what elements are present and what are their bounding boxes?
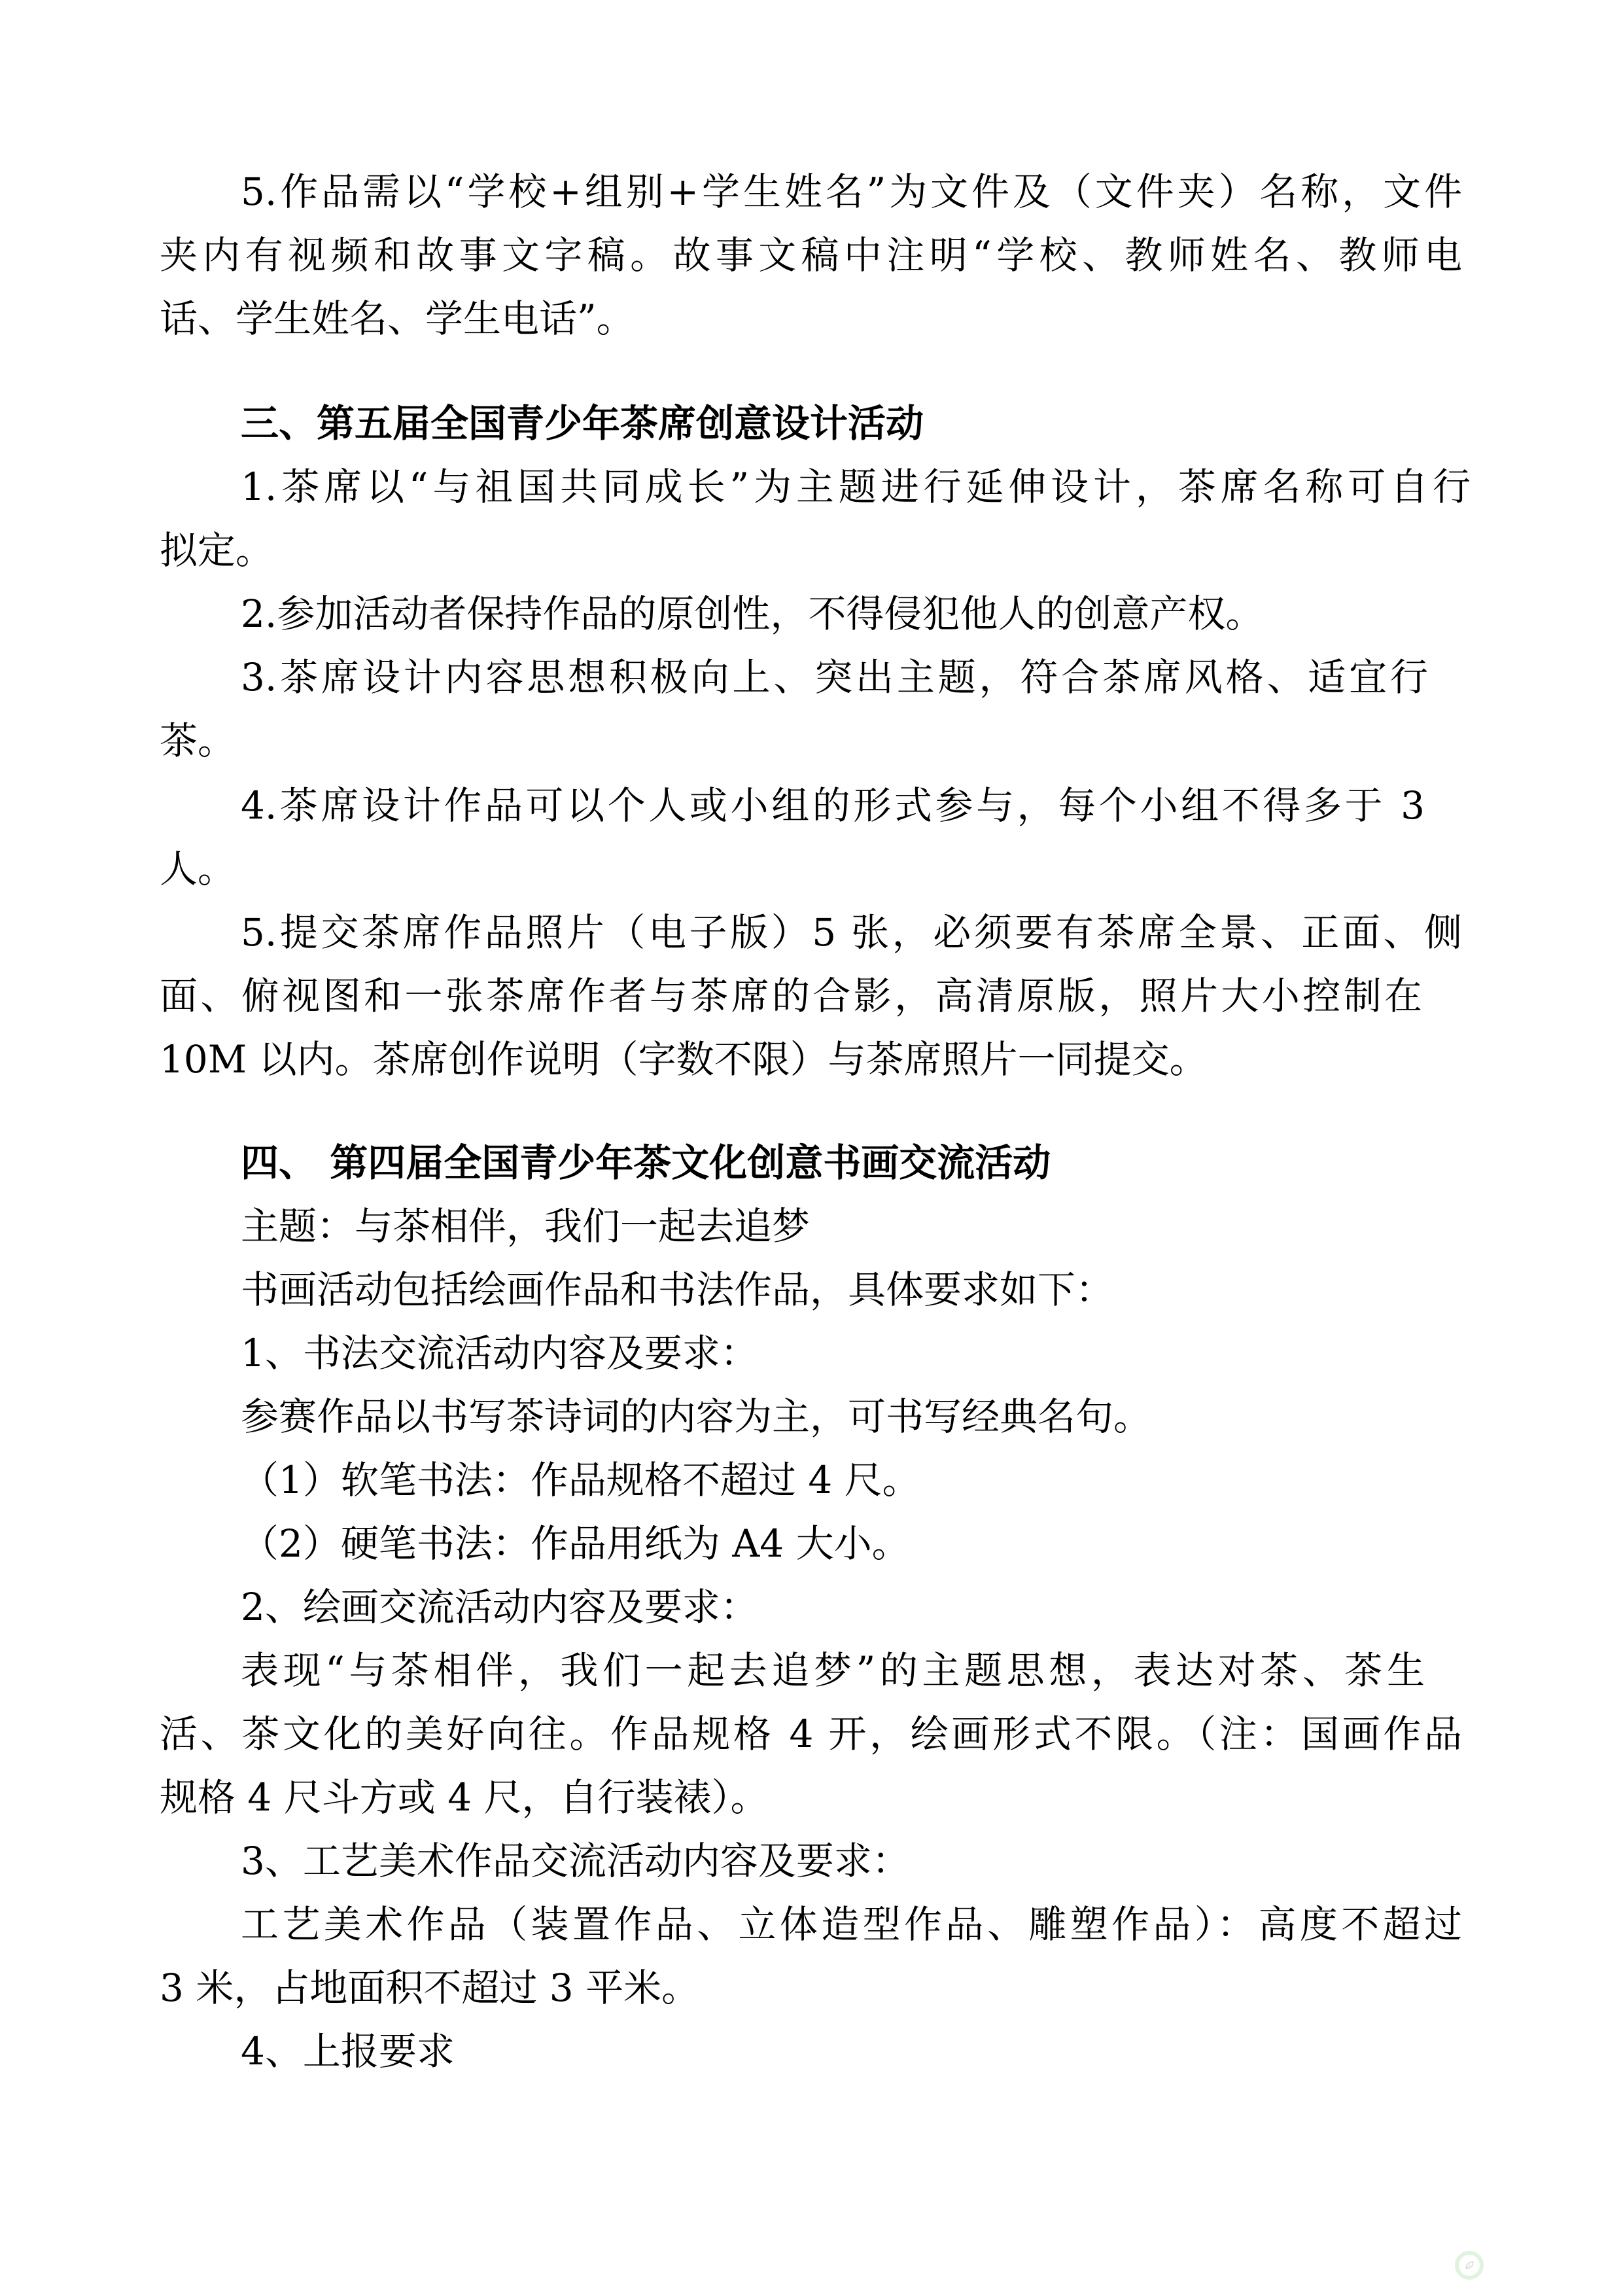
paragraph-line: 人。 — [160, 846, 236, 892]
section-heading: 三、第五届全国青少年茶席创意设计活动 — [241, 400, 924, 446]
leaf-icon — [1464, 2260, 1475, 2270]
paragraph-line: 3 米，占地面积不超过 3 平米。 — [160, 1965, 699, 2011]
paragraph-line: 茶。 — [160, 718, 236, 764]
paragraph-line: 活、茶文化的美好向往。作品规格 4 开，绘画形式不限。（注：国画作品 — [160, 1711, 1462, 1757]
paragraph-line: 4.茶席设计作品可以个人或小组的形式参与，每个小组不得多于 3 — [241, 783, 1425, 828]
paragraph-line: 10M 以内。茶席创作说明（字数不限）与茶席照片一同提交。 — [160, 1036, 1208, 1082]
paragraph-line: 2.参加活动者保持作品的原创性，不得侵犯他人的创意产权。 — [241, 591, 1263, 637]
leaf-watermark-icon — [1455, 2251, 1484, 2280]
paragraph-line: （2）硬笔书法：作品用纸为 A4 大小。 — [241, 1521, 910, 1566]
paragraph-line: 书画活动包括绘画作品和书法作品，具体要求如下： — [241, 1267, 1113, 1313]
paragraph-line: 主题：与茶相伴，我们一起去追梦 — [241, 1203, 810, 1249]
paragraph-line: 夹内有视频和故事文字稿。故事文稿中注明“学校、教师姓名、教师电 — [160, 232, 1462, 278]
paragraph-line: 表现“与茶相伴，我们一起去追梦”的主题思想，表达对茶、茶生 — [241, 1648, 1425, 1693]
paragraph-line: 话、学生姓名、学生电话”。 — [160, 296, 635, 342]
paragraph-line: 2、绘画交流活动内容及要求： — [241, 1584, 758, 1630]
paragraph-line: 3.茶席设计内容思想积极向上、突出主题，符合茶席风格、适宜行 — [241, 654, 1428, 700]
paragraph-line: 参赛作品以书写茶诗词的内容为主，可书写经典名句。 — [241, 1394, 1151, 1439]
paragraph-line: 工艺美术作品（装置作品、立体造型作品、雕塑作品）：高度不超过 — [241, 1901, 1462, 1947]
paragraph-line: 4、上报要求 — [241, 2028, 455, 2074]
paragraph-line: （1）软笔书法：作品规格不超过 4 尺。 — [241, 1457, 920, 1503]
paragraph-line: 5.提交茶席作品照片（电子版）5 张，必须要有茶席全景、正面、侧 — [241, 910, 1462, 955]
paragraph-line: 3、工艺美术作品交流活动内容及要求： — [241, 1838, 910, 1884]
paragraph-line: 1.茶席以“与祖国共同成长”为主题进行延伸设计，茶席名称可自行 — [241, 464, 1471, 510]
document-page: 5.作品需以“学校+组别+学生姓名”为文件及（文件夹）名称，文件夹内有视频和故事… — [0, 0, 1623, 2296]
paragraph-line: 规格 4 尺斗方或 4 尺，自行装裱）。 — [160, 1775, 769, 1820]
paragraph-line: 5.作品需以“学校+组别+学生姓名”为文件及（文件夹）名称，文件 — [241, 169, 1462, 215]
paragraph-line: 1、书法交流活动内容及要求： — [241, 1330, 758, 1376]
section-heading: 四、 第四届全国青少年茶文化创意书画交流活动 — [241, 1140, 1051, 1186]
paragraph-line: 面、俯视图和一张茶席作者与茶席的合影，高清原版，照片大小控制在 — [160, 973, 1422, 1019]
paragraph-line: 拟定。 — [160, 527, 273, 573]
